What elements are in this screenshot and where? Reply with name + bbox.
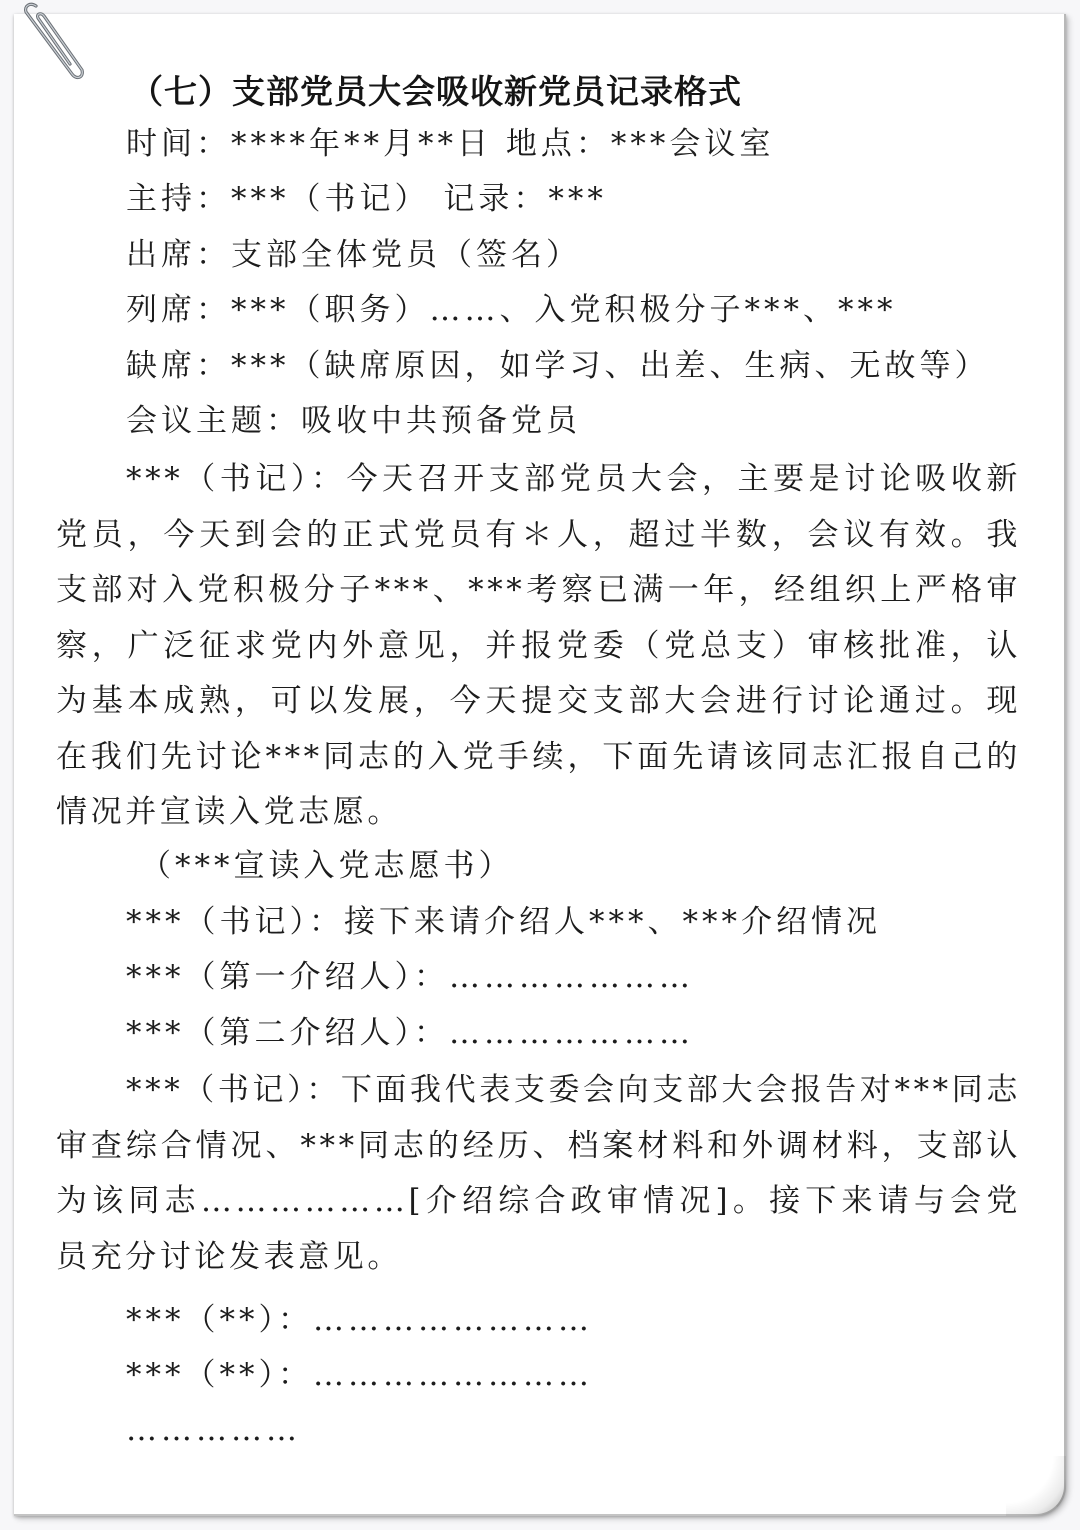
field-absentees: 缺席：***（缺席原因，如学习、出差、生病、无故等）	[126, 346, 990, 386]
paragraph-secretary-introducers: ***（书记）：接下来请介绍人***、***介绍情况	[126, 902, 881, 942]
paragraph-ellipsis: ……………	[126, 1410, 301, 1450]
paragraph-reading-note: （***宣读入党志愿书）	[140, 846, 514, 886]
field-time-place: 时间：****年**月**日 地点：***会议室	[126, 124, 774, 164]
field-observers: 列席：***（职务）……、入党积极分子***、***	[126, 290, 897, 330]
field-attendees: 出席：支部全体党员（签名）	[126, 235, 581, 275]
paragraph-second-introducer: ***（第二介绍人）：…………………	[126, 1013, 694, 1053]
paragraph-secretary-report: ***（书记）：下面我代表支委会向支部大会报告对***同志审查综合情况、***同…	[56, 1063, 1021, 1285]
paragraph-member-comment-2: ***（**）：……………………	[126, 1355, 593, 1395]
paragraph-member-comment-1: ***（**）：……………………	[126, 1300, 593, 1340]
field-host-recorder: 主持：***（书记） 记录：***	[126, 179, 607, 219]
page-title: （七）支部党员大会吸收新党员记录格式	[130, 66, 742, 113]
paragraph-first-introducer: ***（第一介绍人）：…………………	[126, 957, 694, 997]
document-content: （七）支部党员大会吸收新党员记录格式 时间：****年**月**日 地点：***…	[0, 0, 1080, 1530]
field-topic: 会议主题：吸收中共预备党员	[126, 401, 581, 441]
paragraph-secretary-opening: ***（书记）：今天召开支部党员大会，主要是讨论吸收新党员，今天到会的正式党员有…	[56, 452, 1021, 841]
